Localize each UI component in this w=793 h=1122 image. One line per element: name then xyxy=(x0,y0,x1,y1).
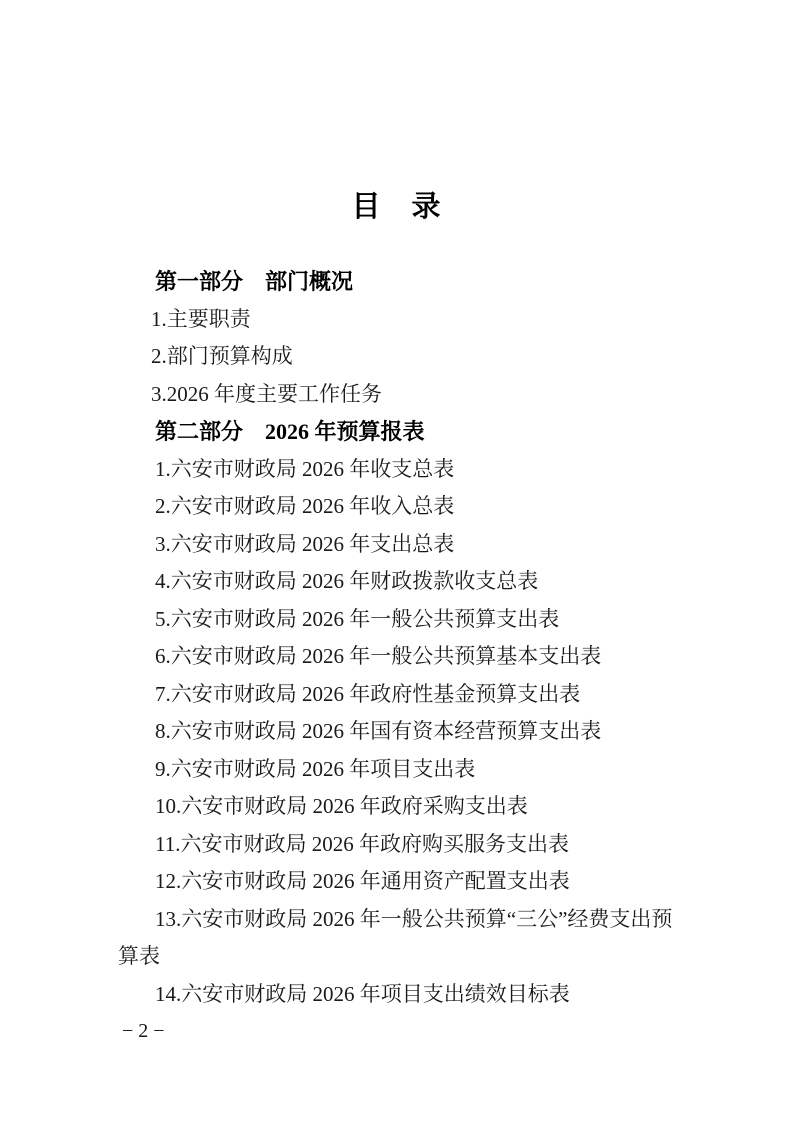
toc-item-part2-6: 6.六安市财政局 2026 年一般公共预算基本支出表 xyxy=(118,638,685,676)
page-title: 目 录 xyxy=(0,0,793,226)
toc-item-part2-12: 12.六安市财政局 2026 年通用资产配置支出表 xyxy=(118,863,685,901)
toc-item-part2-3: 3.六安市财政局 2026 年支出总表 xyxy=(118,526,685,564)
toc-item-part2-14: 14.六安市财政局 2026 年项目支出绩效目标表 xyxy=(118,976,685,1014)
toc-item-part2-2: 2.六安市财政局 2026 年收入总表 xyxy=(118,488,685,526)
toc-content: 第一部分 部门概况 1.主要职责 2.部门预算构成 3.2026 年度主要工作任… xyxy=(0,263,793,1051)
toc-item-part2-1: 1.六安市财政局 2026 年收支总表 xyxy=(118,451,685,489)
toc-item-part2-10: 10.六安市财政局 2026 年政府采购支出表 xyxy=(118,788,685,826)
toc-item-part2-7: 7.六安市财政局 2026 年政府性基金预算支出表 xyxy=(118,676,685,714)
toc-item-part1-1: 1.主要职责 xyxy=(118,301,685,339)
toc-item-part2-13: 13.六安市财政局 2026 年一般公共预算“三公”经费支出预算表 xyxy=(118,901,685,976)
toc-item-part1-3: 3.2026 年度主要工作任务 xyxy=(118,376,685,414)
toc-item-part2-9: 9.六安市财政局 2026 年项目支出表 xyxy=(118,751,685,789)
toc-item-part2-4: 4.六安市财政局 2026 年财政拨款收支总表 xyxy=(118,563,685,601)
document-page: 目 录 第一部分 部门概况 1.主要职责 2.部门预算构成 3.2026 年度主… xyxy=(0,0,793,1122)
page-number: − 2 − xyxy=(118,1013,685,1051)
toc-item-part2-5: 5.六安市财政局 2026 年一般公共预算支出表 xyxy=(118,601,685,639)
toc-item-part2-8: 8.六安市财政局 2026 年国有资本经营预算支出表 xyxy=(118,713,685,751)
toc-item-part2-11: 11.六安市财政局 2026 年政府购买服务支出表 xyxy=(118,826,685,864)
section-1-heading: 第一部分 部门概况 xyxy=(118,263,685,301)
section-2-heading: 第二部分 2026 年预算报表 xyxy=(118,413,685,451)
toc-item-part1-2: 2.部门预算构成 xyxy=(118,338,685,376)
